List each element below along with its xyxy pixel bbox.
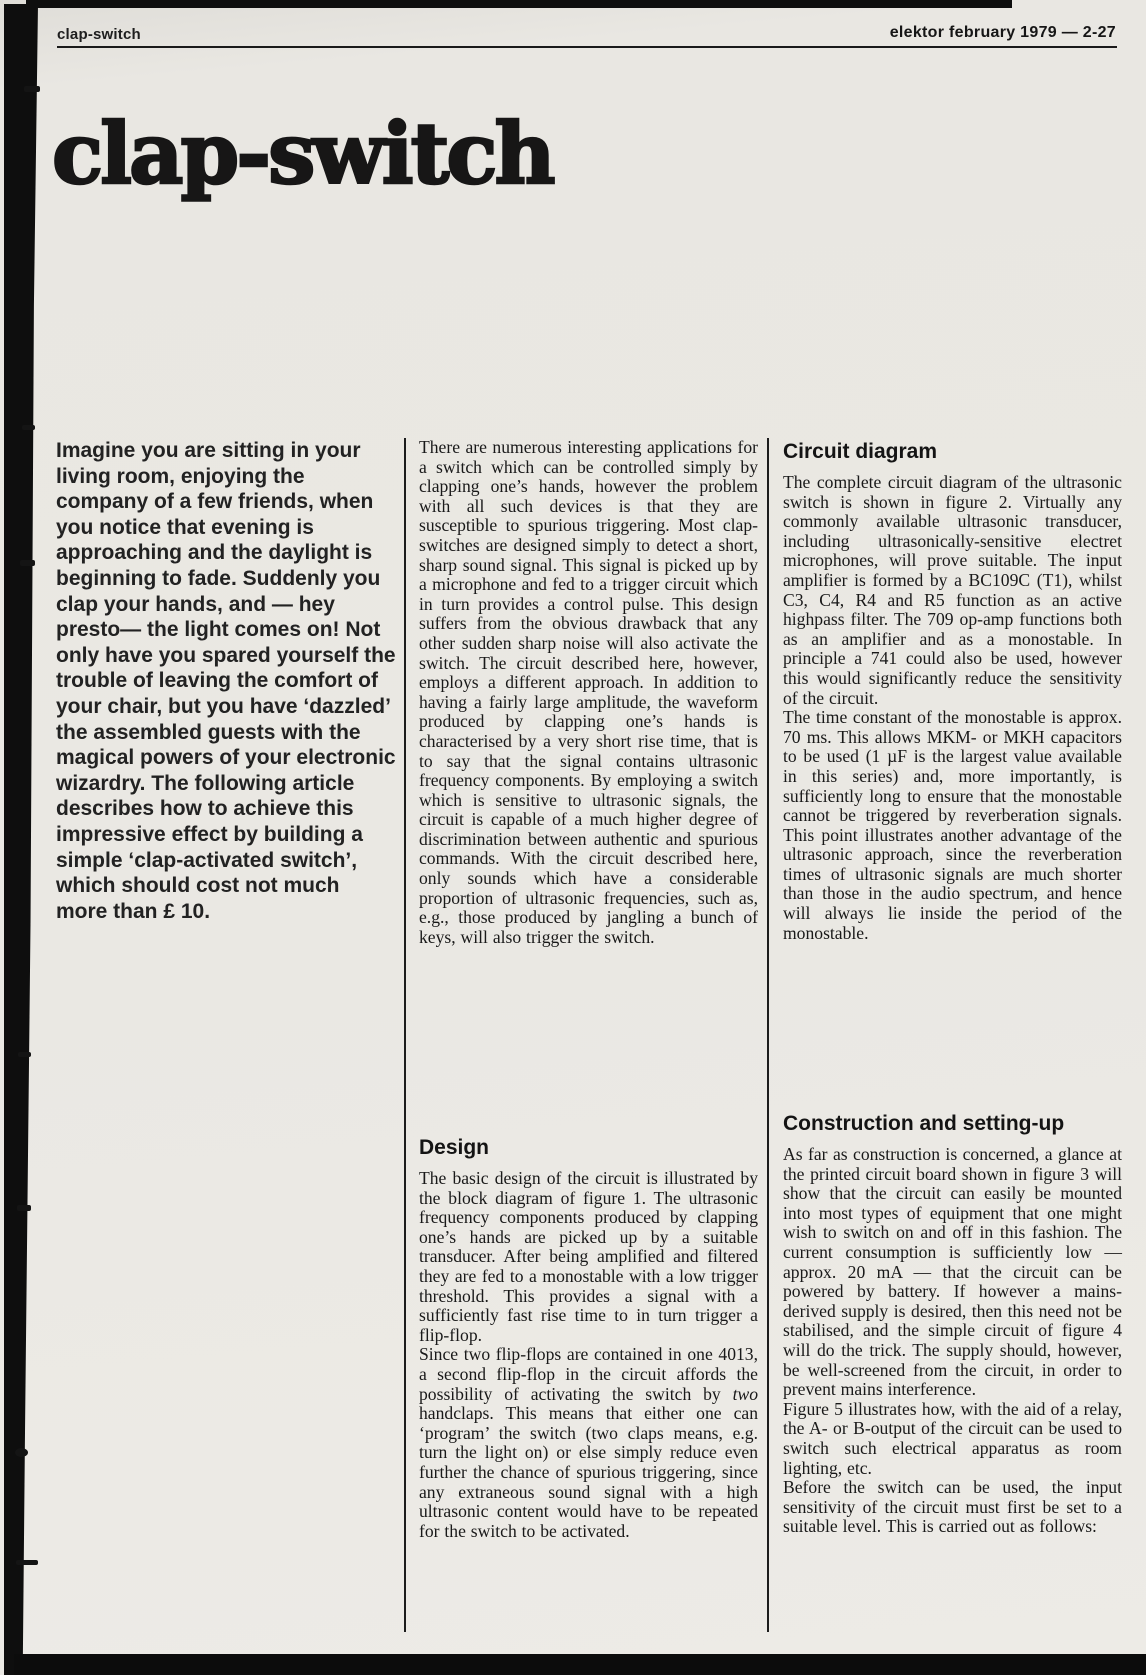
magazine-page: clap-switch elektor february 1979 — 2-27… <box>0 0 1146 1675</box>
paragraph-text: Since two flip-flops are contained in on… <box>419 1344 758 1403</box>
paragraph: Before the switch can be used, the input… <box>783 1478 1122 1537</box>
header-rule <box>57 46 1117 48</box>
section-heading-circuit-diagram: Circuit diagram <box>783 440 1122 464</box>
binding-mark <box>20 560 35 566</box>
scan-edge-left <box>4 4 38 1675</box>
binding-mark <box>17 1205 31 1211</box>
binding-mark <box>16 1560 38 1565</box>
body-column-middle: There are numerous interesting applicati… <box>419 438 758 947</box>
column-divider-left <box>404 438 406 1632</box>
section-construction: Construction and setting-up As far as co… <box>783 1112 1122 1537</box>
running-header-article: clap-switch <box>57 26 141 43</box>
scan-edge-bottom <box>14 1654 1146 1675</box>
paragraph: Figure 5 illustrates how, with the aid o… <box>783 1400 1122 1478</box>
paragraph: The basic design of the circuit is illus… <box>419 1169 758 1345</box>
section-heading-construction: Construction and setting-up <box>783 1112 1122 1136</box>
paragraph-text: handclaps. This means that either one ca… <box>419 1403 758 1541</box>
binding-mark <box>18 1052 31 1057</box>
binding-mark <box>15 1448 28 1457</box>
running-header-issue: elektor february 1979 — 2-27 <box>890 24 1116 42</box>
binding-mark <box>22 425 35 430</box>
paragraph: There are numerous interesting applicati… <box>419 438 758 947</box>
page-title: clap-switch <box>52 104 553 203</box>
emphasized-word: two <box>733 1384 758 1404</box>
paragraph: The time constant of the monostable is a… <box>783 708 1122 943</box>
paragraph: The complete circuit diagram of the ultr… <box>783 473 1122 708</box>
section-circuit-diagram: Circuit diagram The complete circuit dia… <box>783 440 1122 943</box>
lead-paragraph: Imagine you are sitting in your living r… <box>56 438 396 924</box>
binding-mark <box>24 86 40 92</box>
column-divider-right <box>767 438 769 1632</box>
paragraph: Since two flip-flops are contained in on… <box>419 1345 758 1541</box>
section-design: Design The basic design of the circuit i… <box>419 1136 758 1541</box>
scan-edge-top <box>26 0 1012 8</box>
section-heading-design: Design <box>419 1136 758 1160</box>
paragraph: As far as construction is concerned, a g… <box>783 1145 1122 1400</box>
